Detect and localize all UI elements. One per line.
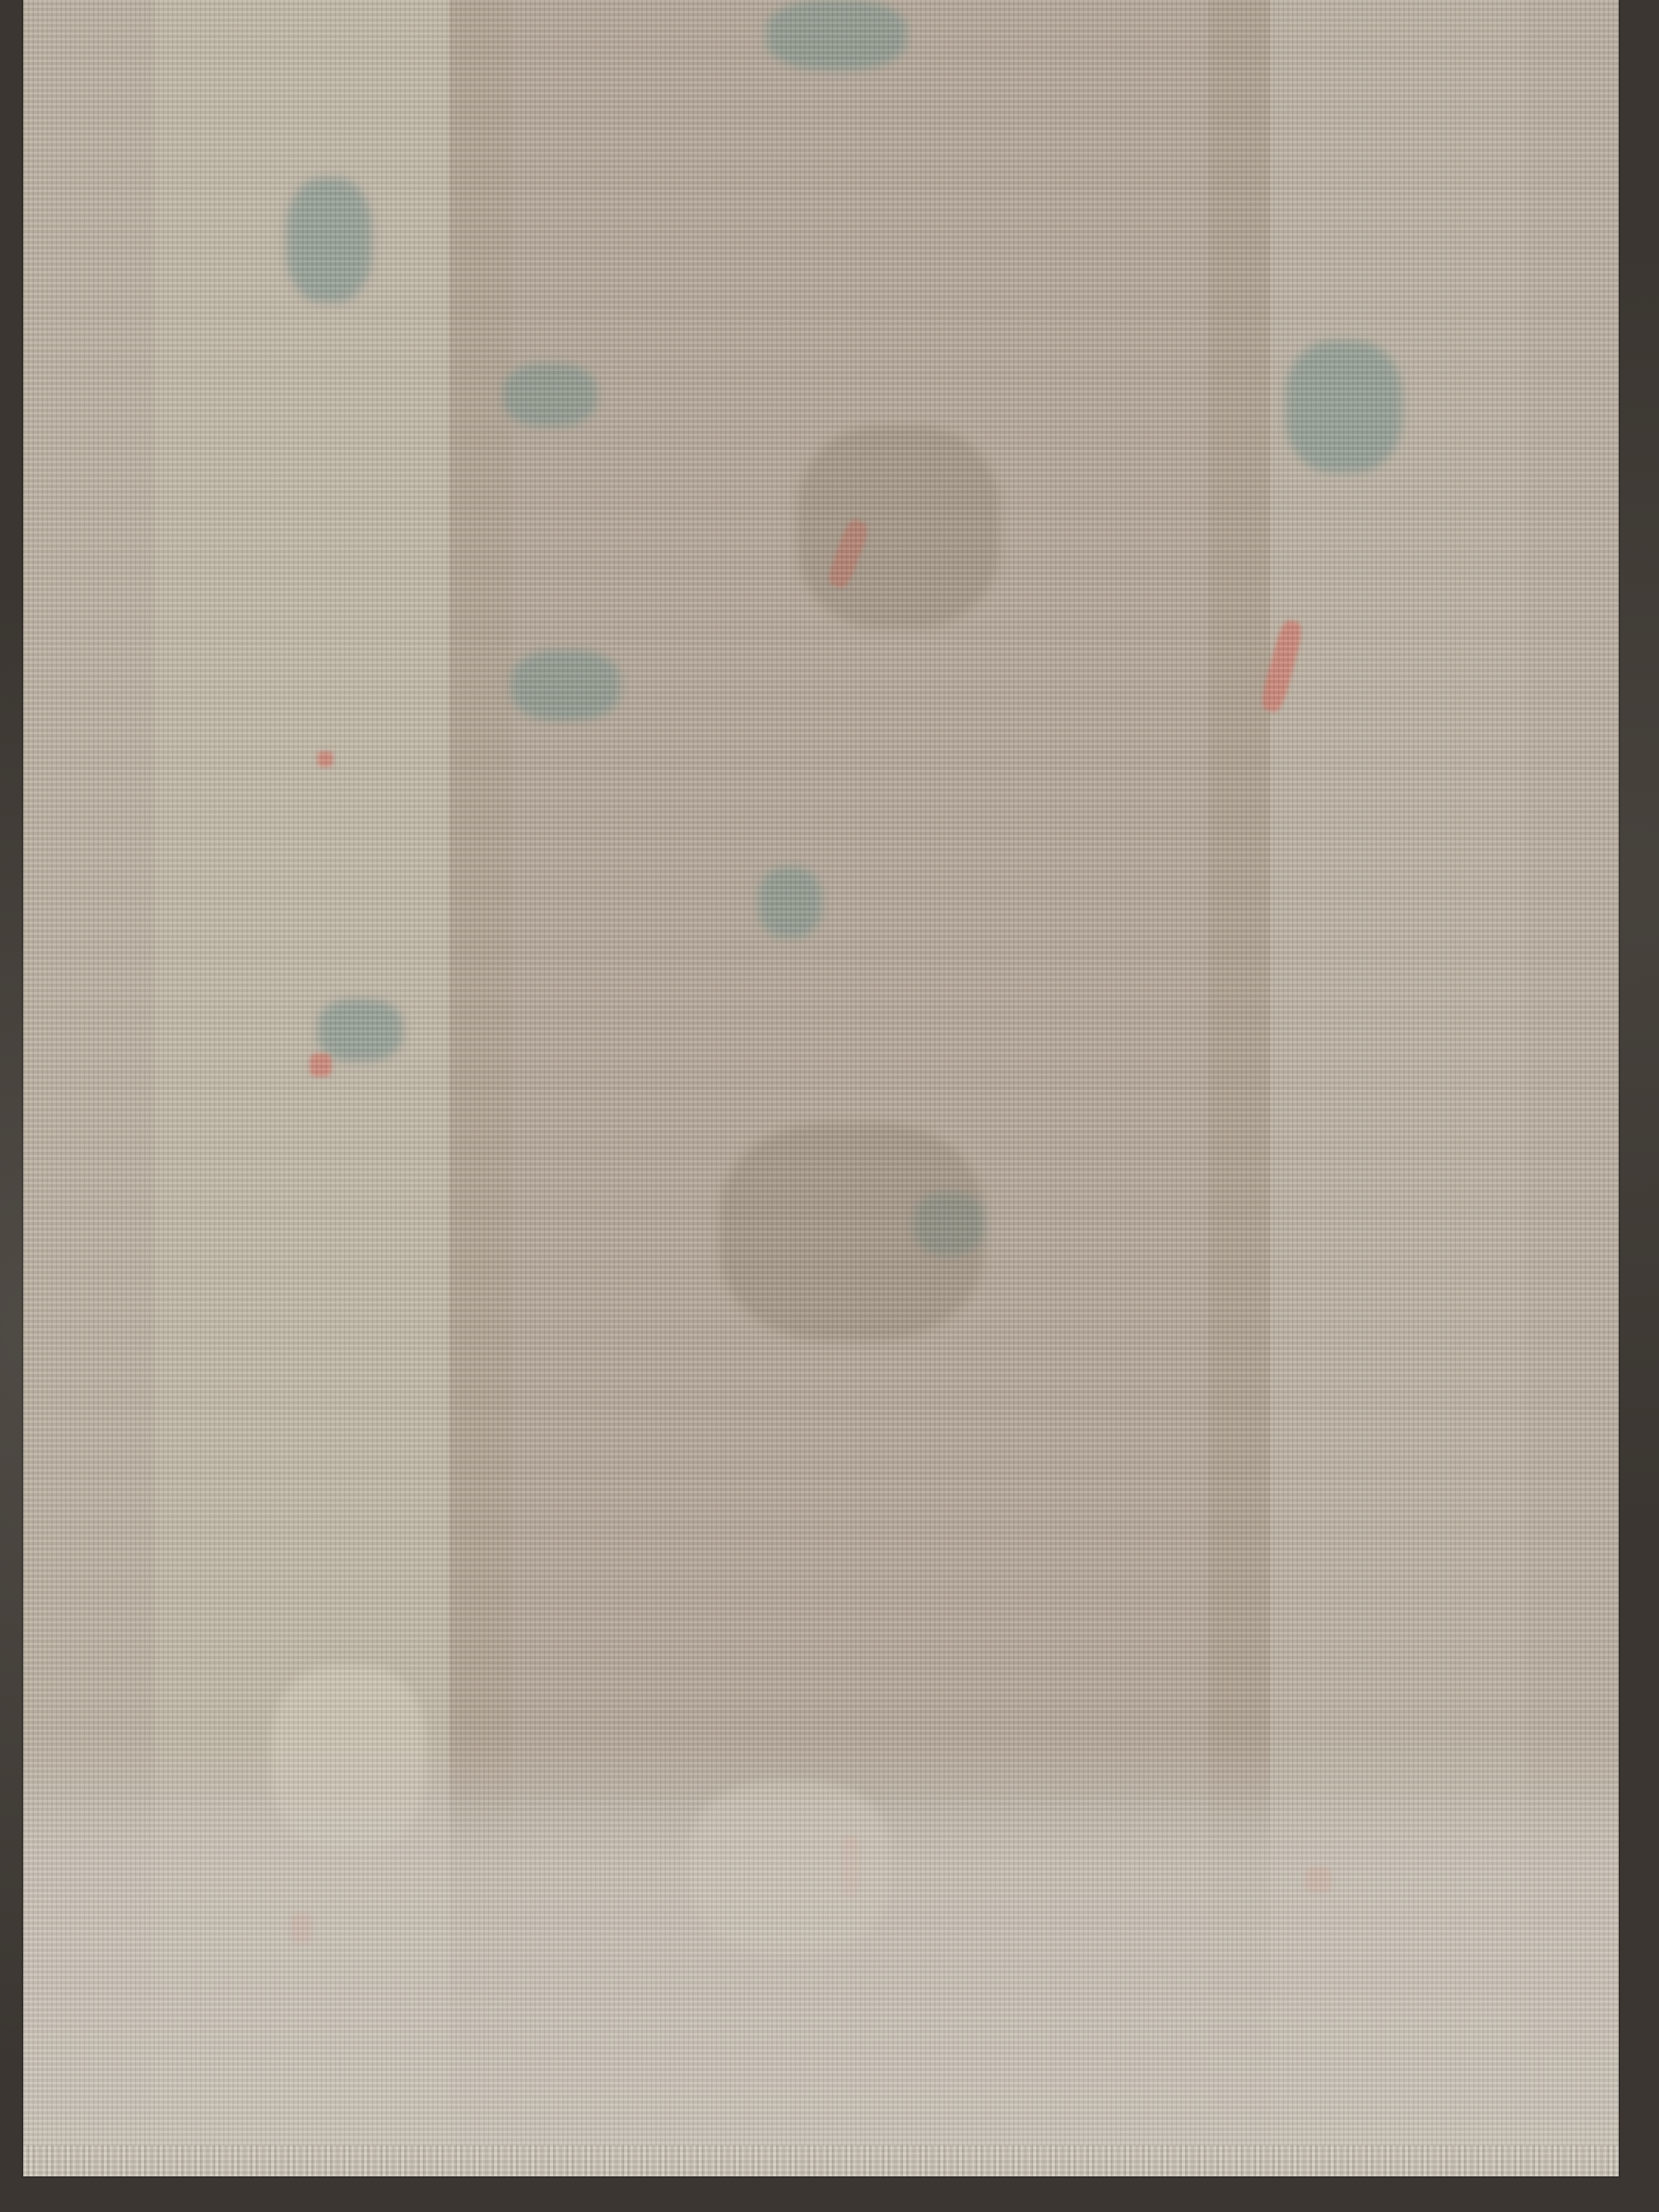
- sage-motif: [318, 999, 403, 1061]
- coral-motif: [310, 1053, 331, 1077]
- taupe-motif: [720, 1123, 984, 1340]
- rug: [23, 0, 1619, 2176]
- sage-motif: [287, 178, 372, 302]
- rug-fringe: [23, 2145, 1619, 2176]
- coral-motif: [318, 751, 333, 767]
- sage-motif: [1286, 341, 1402, 472]
- sage-motif: [767, 0, 906, 70]
- photo-scene: [0, 0, 1659, 2212]
- sage-motif: [503, 364, 596, 426]
- sage-motif: [511, 651, 620, 720]
- sage-motif: [759, 867, 821, 937]
- taupe-motif: [798, 426, 999, 627]
- bottom-border: [23, 1743, 1619, 2176]
